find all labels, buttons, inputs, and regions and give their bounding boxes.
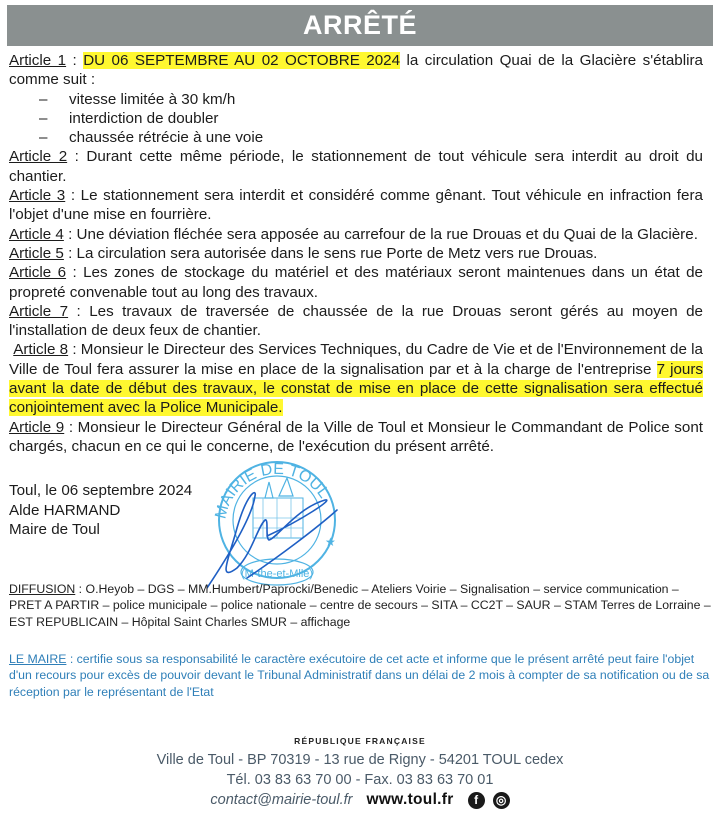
article-1: Article 1 : DU 06 SEPTEMBRE AU 02 OCTOBR…: [9, 51, 703, 90]
republic-label: RÉPUBLIQUE FRANÇAISE: [150, 736, 570, 746]
article-1-dates-highlight: DU 06 SEPTEMBRE AU 02 OCTOBRE 2024: [83, 52, 400, 69]
list-item: –vitesse limitée à 30 km/h: [9, 90, 703, 109]
social-links: f ◎: [468, 792, 510, 809]
title-banner: ARRÊTÉ: [7, 5, 713, 46]
email-link[interactable]: contact@mairie-toul.fr: [210, 790, 352, 810]
list-item: –chaussée rétrécie à une voie: [9, 128, 703, 147]
contact-row: contact@mairie-toul.fr www.toul.fr f ◎: [150, 790, 570, 810]
signatory-name: Alde HARMAND: [9, 501, 192, 521]
article-4: Article 4 : Une déviation fléchée sera a…: [9, 225, 703, 244]
official-stamp-icon: MAIRIE DE TOUL ★ (M-the-et-Mlle): [207, 448, 342, 593]
place-date: Toul, le 06 septembre 2024: [9, 481, 192, 501]
footer: RÉPUBLIQUE FRANÇAISE Ville de Toul - BP …: [150, 730, 570, 810]
article-6: Article 6 : Les zones de stockage du mat…: [9, 263, 703, 302]
legal-notice: LE MAIRE : certifie sous sa responsabili…: [9, 651, 711, 700]
website-link[interactable]: www.toul.fr: [366, 790, 453, 810]
article-9: Article 9 : Monsieur le Directeur Généra…: [9, 418, 703, 457]
article-7: Article 7 : Les travaux de traversée de …: [9, 302, 703, 341]
articles-body: Article 1 : DU 06 SEPTEMBRE AU 02 OCTOBR…: [9, 51, 703, 456]
diffusion-label: DIFFUSION: [9, 582, 75, 596]
facebook-icon[interactable]: f: [468, 792, 485, 809]
stamp-text: MAIRIE DE TOUL: [212, 461, 332, 521]
svg-text:MAIRIE DE TOUL: MAIRIE DE TOUL: [212, 461, 332, 521]
article-2: Article 2 : Durant cette même période, l…: [9, 147, 703, 186]
instagram-icon[interactable]: ◎: [493, 792, 510, 809]
svg-text:★: ★: [325, 535, 336, 549]
article-3: Article 3 : Le stationnement sera interd…: [9, 186, 703, 225]
document-title: ARRÊTÉ: [303, 10, 417, 41]
diffusion-list: DIFFUSION : O.Heyob – DGS – MM.Humbert/P…: [9, 581, 711, 630]
postal-address: Ville de Toul - BP 70319 - 13 rue de Rig…: [150, 751, 570, 771]
traffic-rules-list: –vitesse limitée à 30 km/h –interdiction…: [9, 90, 703, 148]
article-8: Article 8 : Monsieur le Directeur des Se…: [9, 340, 703, 417]
article-1-label: Article 1: [9, 52, 66, 69]
list-item: –interdiction de doubler: [9, 109, 703, 128]
article-5: Article 5 : La circulation sera autorisé…: [9, 244, 703, 263]
signature-block: Toul, le 06 septembre 2024 Alde HARMAND …: [9, 481, 192, 540]
phone-fax: Tél. 03 83 63 70 00 - Fax. 03 83 63 70 0…: [150, 771, 570, 791]
signatory-role: Maire de Toul: [9, 520, 192, 540]
notice-label: LE MAIRE: [9, 652, 66, 666]
